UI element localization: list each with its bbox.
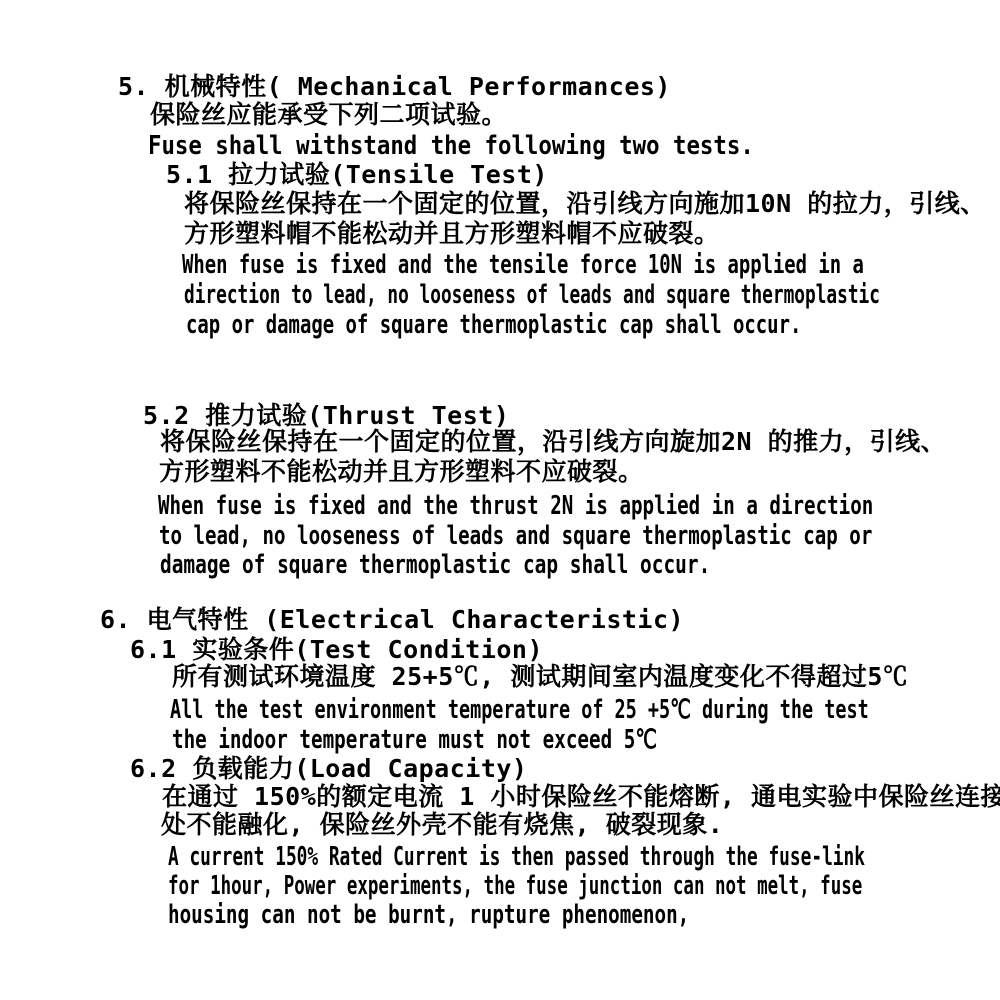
thrust-test-en-line-1: When fuse is fixed and the thrust 2N is … (158, 492, 873, 521)
section6-heading: 6. 电气特性 (Electrical Characteristic) (100, 606, 684, 634)
load-capacity-en-line-1: A current 150% Rated Current is then pas… (168, 843, 865, 872)
test-condition-heading: 6.1 实验条件(Test Condition) (130, 636, 543, 664)
section5-heading: 5. 机械特性( Mechanical Performances) (118, 73, 671, 101)
section5-intro-en: Fuse shall withstand the following two t… (148, 132, 754, 161)
thrust-test-en-line-2: to lead, no looseness of leads and squar… (159, 522, 872, 551)
load-capacity-en-line-2: for 1hour, Power experiments, the fuse j… (168, 872, 862, 901)
load-capacity-heading: 6.2 负载能力(Load Capacity) (130, 755, 527, 783)
test-condition-en-line-1: All the test environment temperature of … (170, 696, 869, 725)
section5-intro-zh: 保险丝应能承受下列二项试验。 (150, 101, 507, 129)
document-page: 5. 机械特性( Mechanical Performances) 保险丝应能承… (0, 0, 1000, 1000)
thrust-test-zh-line-1: 将保险丝保持在一个固定的位置，沿引线方向旋加2N 的推力，引线、 (160, 428, 946, 456)
thrust-test-heading: 5.2 推力试验(Thrust Test) (143, 402, 509, 430)
test-condition-zh-line-1: 所有测试环境温度 25+5℃, 测试期间室内温度变化不得超过5℃ (172, 663, 908, 691)
tensile-test-zh-line-1: 将保险丝保持在一个固定的位置，沿引线方向施加10N 的拉力，引线、 (184, 190, 986, 218)
load-capacity-zh-line-1: 在通过 150%的额定电流 1 小时保险丝不能熔断, 通电实验中保险丝连接 (162, 783, 1000, 811)
thrust-test-zh-line-2: 方形塑料不能松动并且方形塑料不应破裂。 (159, 458, 644, 486)
tensile-test-zh-line-2: 方形塑料帽不能松动并且方形塑料帽不应破裂。 (184, 220, 720, 248)
test-condition-en-line-2: the indoor temperature must not exceed 5… (172, 726, 657, 755)
tensile-test-en-line-2: direction to lead, no looseness of leads… (184, 281, 880, 310)
tensile-test-heading: 5.1 拉力试验(Tensile Test) (166, 161, 548, 189)
load-capacity-en-line-3: housing can not be burnt, rupture phenom… (168, 901, 689, 930)
load-capacity-zh-line-2: 处不能融化, 保险丝外壳不能有烧焦, 破裂现象. (161, 811, 723, 839)
thrust-test-en-line-3: damage of square thermoplastic cap shall… (160, 551, 710, 580)
tensile-test-en-line-1: When fuse is fixed and the tensile force… (182, 251, 864, 280)
tensile-test-en-line-3: cap or damage of square thermoplastic ca… (186, 311, 801, 340)
